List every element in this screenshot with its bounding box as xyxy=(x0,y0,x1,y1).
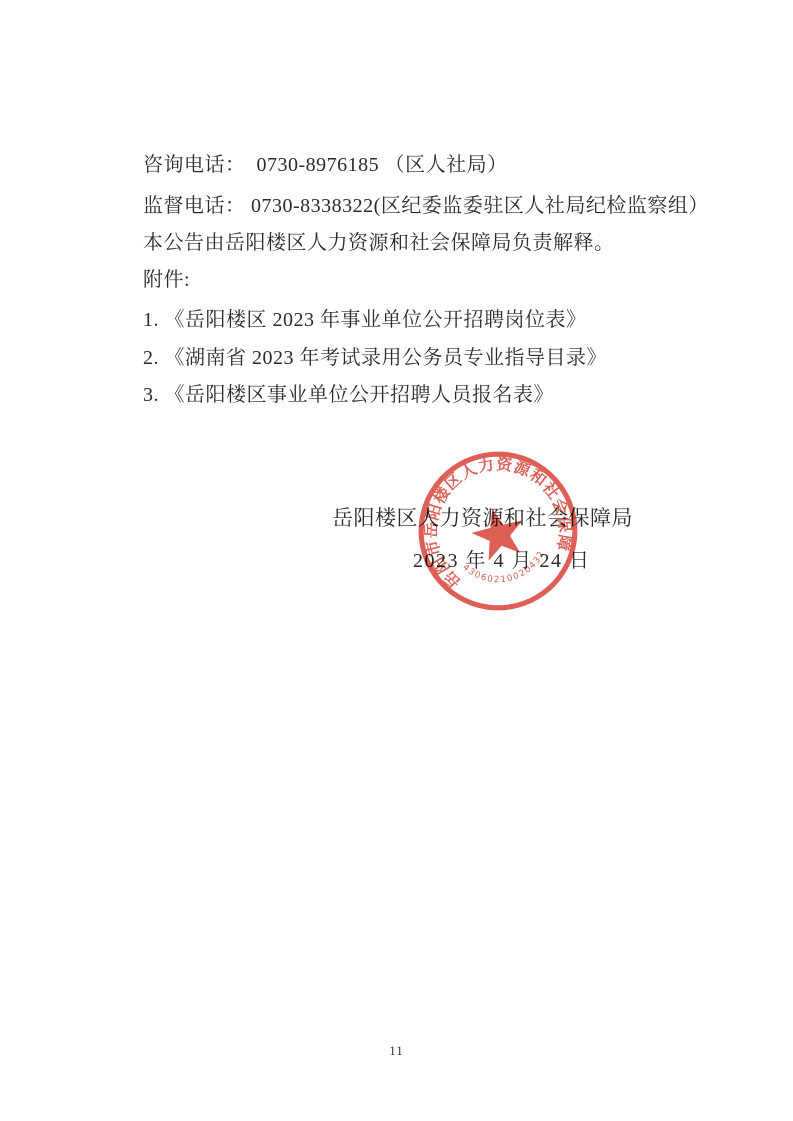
attachment-item-3: 3. 《岳阳楼区事业单位公开招聘人员报名表》 xyxy=(143,382,554,408)
seal-serial-number: 43060210020432 xyxy=(459,543,552,595)
document-page: 咨询电话： 0730-8976185 （区人社局） 监督电话： 0730-833… xyxy=(0,0,793,1121)
consult-phone-line: 咨询电话： 0730-8976185 （区人社局） xyxy=(143,152,508,178)
attachments-label: 附件: xyxy=(143,267,190,293)
interpretation-line: 本公告由岳阳楼区人力资源和社会保障局负责解释。 xyxy=(143,230,615,256)
official-seal: 岳阳市岳阳楼区人力资源和社会保障局 43060210020432 xyxy=(396,429,600,633)
supervise-phone-line: 监督电话： 0730-8338322(区纪委监委驻区人社局纪检监察组） xyxy=(143,193,709,219)
attachment-item-2: 2. 《湖南省 2023 年考试录用公务员专业指导目录》 xyxy=(143,345,607,371)
seal-star-icon xyxy=(467,502,530,563)
svg-text:43060210020432: 43060210020432 xyxy=(459,543,552,595)
attachment-item-1: 1. 《岳阳楼区 2023 年事业单位公开招聘岗位表》 xyxy=(143,307,587,333)
page-number: 11 xyxy=(0,1043,793,1059)
